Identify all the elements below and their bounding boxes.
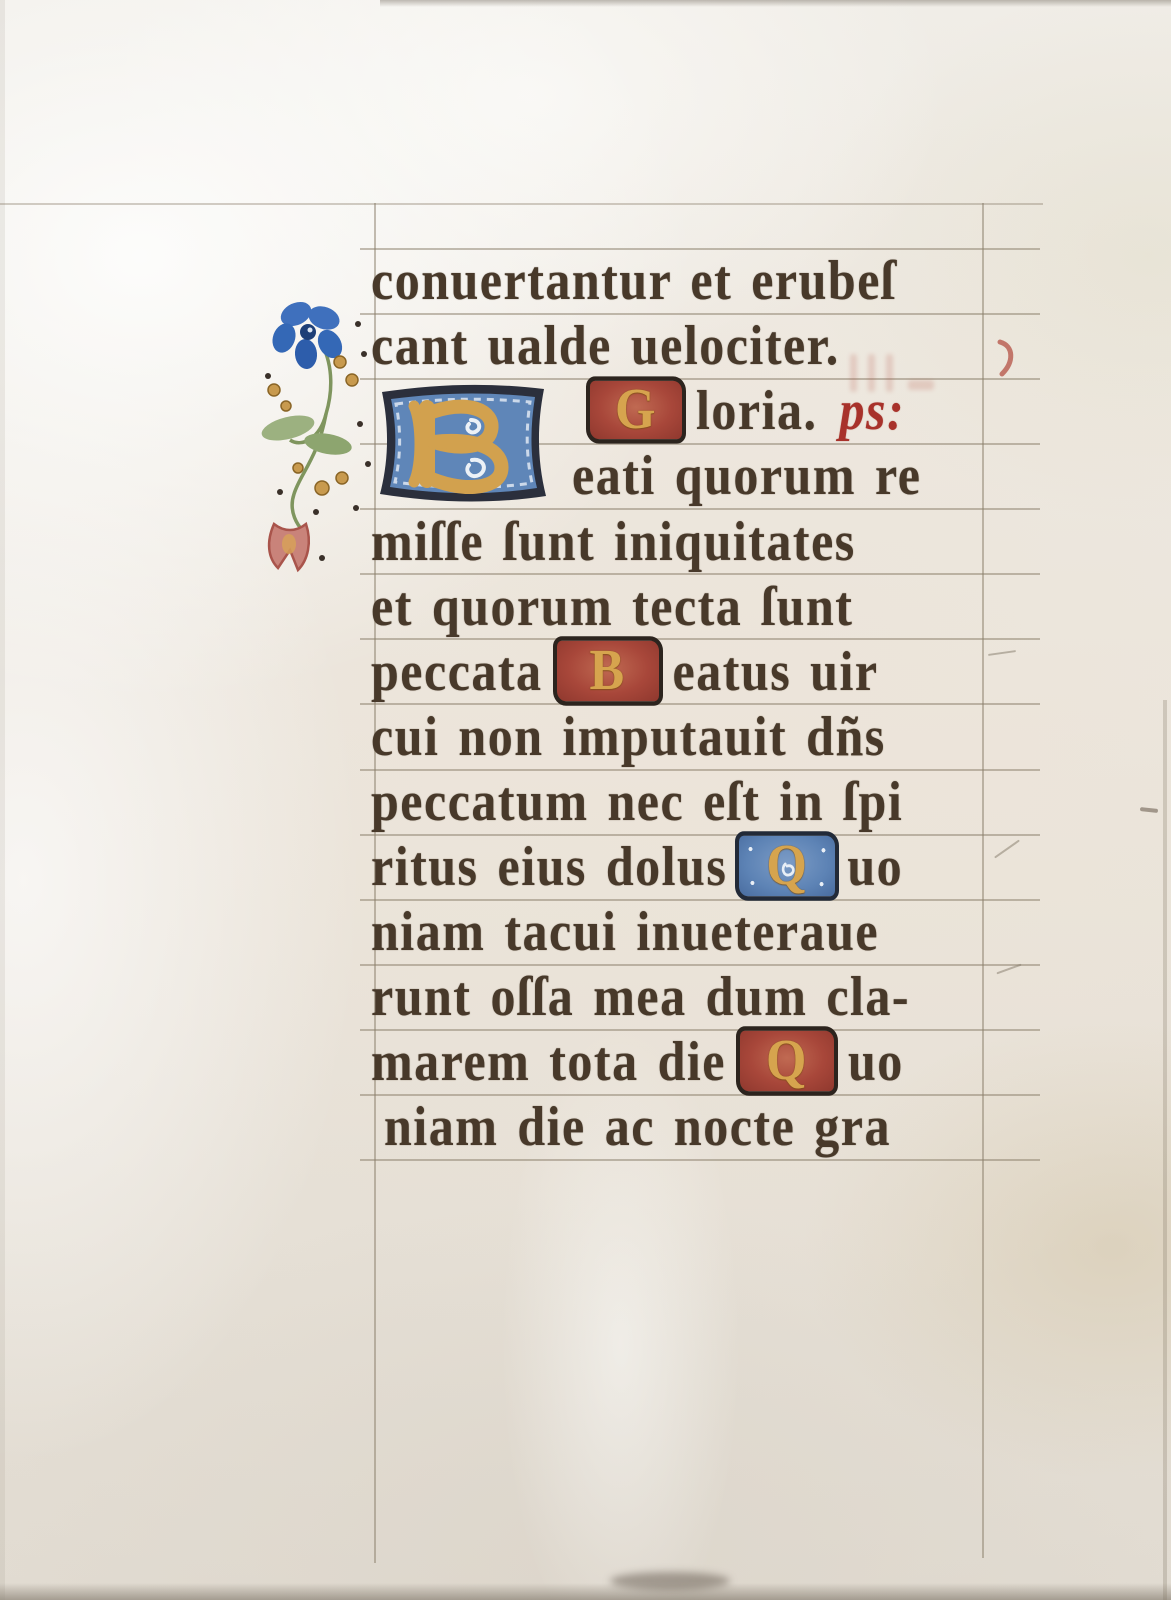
text-line-10: ritus eius dolus Q uo [371,829,903,903]
line-text: conuertantur et erubeſ [371,248,896,313]
pencil-mark [994,840,1020,859]
initial-swirl-ornament [739,836,835,896]
pencil-mark [988,650,1016,656]
page-top-edge-shadow [380,0,1171,7]
initial-box-Q-blue: Q [735,831,839,900]
line-text: marem tota die [371,1029,726,1094]
text-line-9: peccatum nec eſt in ſpi [371,764,903,838]
versal-initial-B: B [372,380,554,506]
text-line-2: cant ualde uelociter. [371,308,840,382]
tulip-icon [269,524,309,570]
line-text: peccatum nec eſt in ſpi [371,769,903,834]
line-text: cui non imputauit dñs [371,704,886,769]
versal-initial-B-glyph [372,380,554,506]
text-line-7: peccata B eatus uir [371,634,879,708]
line-text: peccata [371,639,543,704]
line-text: eati quorum re [572,443,921,508]
text-line-14: niam die ac nocte gra [384,1089,891,1163]
line-text: niam tacui inueteraue [371,899,879,964]
text-line-6: et quorum tecta ſunt [371,569,853,643]
line-text: runt oſſa mea dum cla- [371,964,910,1029]
ruling-line-horizontal [0,203,1043,205]
initial-box-Q-red: Q [736,1026,838,1095]
ink-speck [1140,807,1158,813]
line-text: eatus uir [673,639,879,704]
initial-letter-G: G [615,381,657,439]
red-comma-mark [994,336,1020,378]
initial-box-B: B [553,636,663,705]
line-text: niam die ac nocte gra [384,1094,891,1159]
page-bottom-edge-mark [610,1572,730,1590]
initial-box-G: G [586,376,686,443]
page-right-edge [1163,700,1167,1600]
text-line-8: cui non imputauit dñs [371,699,886,773]
ruling-line-vertical-right [982,203,984,1558]
rubric-text: ps: [839,378,905,443]
page-bottom-edge-shadow [0,1583,1171,1600]
text-line-1: conuertantur et erubeſ [371,243,896,317]
text-line-13: marem tota die Q uo [371,1024,904,1098]
manuscript-leaf-photo: B [0,0,1171,1600]
text-line-12: runt oſſa mea dum cla- [371,959,910,1033]
page-left-edge [0,0,5,1600]
text-line-5: miſſe ſunt iniquitates [371,504,856,578]
line-text: uo [847,834,903,899]
line-text: loria. [696,378,817,443]
line-text: ritus eius dolus [371,834,727,899]
text-line-4: eati quorum re [572,438,921,512]
marginal-floral-sprig [258,296,374,578]
text-line-11: niam tacui inueteraue [371,894,879,968]
line-text: et quorum tecta ſunt [371,574,853,639]
text-line-3: G loria. ps: [586,373,905,447]
initial-letter-Q: Q [766,1032,808,1090]
line-text: miſſe ſunt iniquitates [371,509,856,574]
line-text: cant ualde uelociter. [371,313,840,378]
initial-letter-B: B [589,642,625,700]
line-text: uo [848,1029,904,1094]
leaf-icon [303,430,354,458]
